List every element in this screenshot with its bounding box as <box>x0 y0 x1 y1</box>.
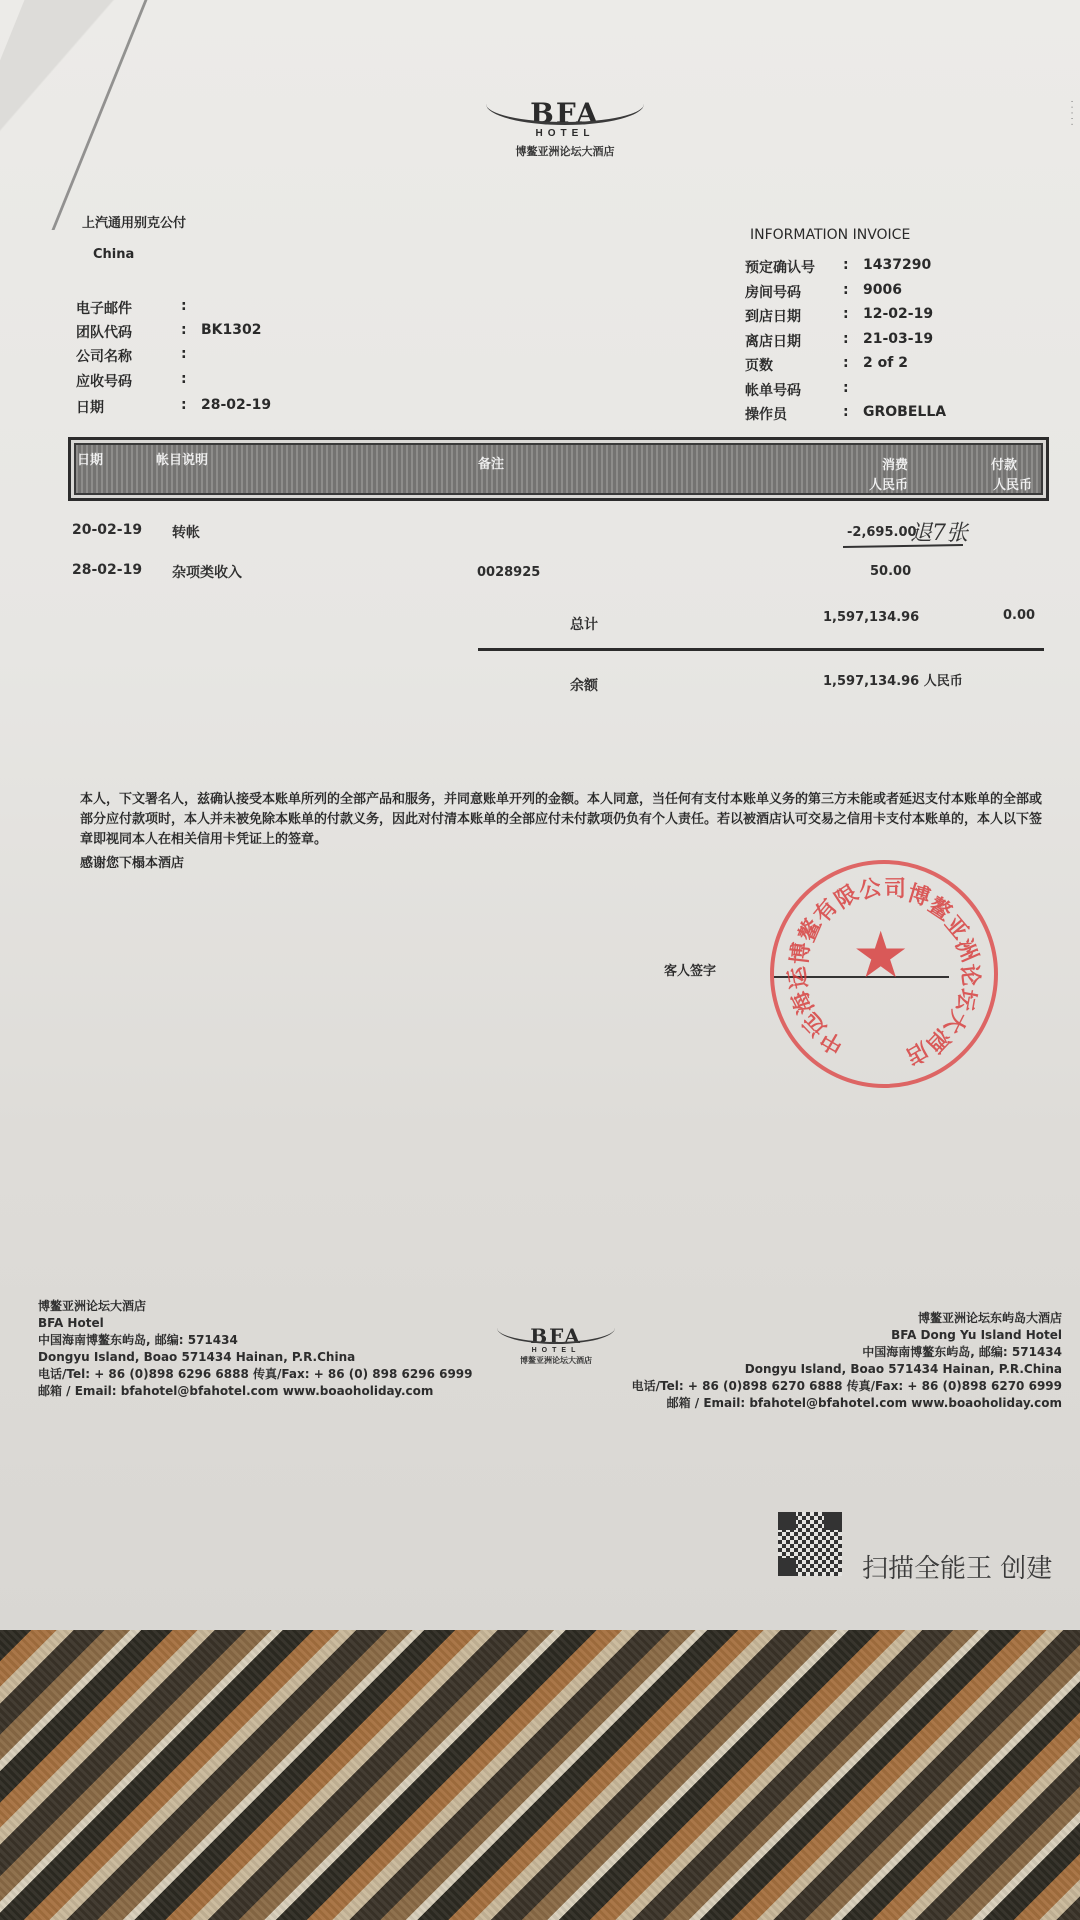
field-departure-date: 离店日期:21-03-19 <box>745 331 933 351</box>
invoice-paper: BFA HOTEL 博鳌亚洲论坛大酒店 上汽通用别克公付 China 电子邮件:… <box>0 0 1080 1634</box>
field-operator: 操作员:GROBELLA <box>745 404 946 424</box>
total-payment: 0.00 <box>1003 608 1035 623</box>
handwritten-note: 退7张 <box>910 516 968 547</box>
field-receivable-no: 应收号码: <box>76 371 201 391</box>
qr-code-icon <box>778 1512 842 1576</box>
logo-chinese-name: 博鳌亚洲论坛大酒店 <box>486 143 644 159</box>
table-header: 日期 帐目说明 备注 消费 人民币 付款 人民币 <box>68 437 1049 501</box>
total-label: 总计 <box>570 614 598 634</box>
hotel-logo: BFA HOTEL 博鳌亚洲论坛大酒店 <box>486 100 644 159</box>
field-email: 电子邮件: <box>76 298 201 318</box>
balance-label: 余额 <box>570 675 598 695</box>
balance-value: 1,597,134.96 人民币 <box>823 670 963 689</box>
footer-right-address: 博鳌亚洲论坛东屿岛大酒店 BFA Dong Yu Island Hotel 中国… <box>632 1310 1062 1412</box>
field-group-code: 团队代码:BK1302 <box>76 322 261 342</box>
carpet-background <box>0 1630 1080 1920</box>
paper-fold-shadow <box>0 0 151 230</box>
signature-label: 客人签字 <box>664 960 716 979</box>
thanks-text: 感谢您下榻本酒店 <box>80 852 184 871</box>
field-arrival-date: 到店日期:12-02-19 <box>745 306 933 326</box>
header-payment-currency: 人民币 <box>993 474 1032 493</box>
guest-company: 上汽通用别克公付 <box>82 212 186 231</box>
header-remarks: 备注 <box>478 453 504 472</box>
header-payment: 付款 <box>991 454 1017 473</box>
field-company-name: 公司名称: <box>76 346 201 366</box>
header-date: 日期 <box>77 449 103 468</box>
field-room-no: 房间号码:9006 <box>745 282 902 302</box>
seal-ring-text: 中远海运博鳌有限公司博鳌亚洲论坛大酒店 <box>782 872 986 1076</box>
margin-marks: · · · · · <box>1066 100 1076 126</box>
totals-divider <box>478 648 1044 651</box>
field-date: 日期:28-02-19 <box>76 397 271 417</box>
footer-left-address: 博鳌亚洲论坛大酒店 BFA Hotel 中国海南博鳌东屿岛, 邮编: 57143… <box>38 1298 473 1400</box>
header-description: 帐目说明 <box>156 449 208 468</box>
header-charges-currency: 人民币 <box>869 474 908 493</box>
invoice-title: INFORMATION INVOICE <box>750 227 910 243</box>
terms-paragraph: 本人，下文署名人，兹确认接受本账单所列的全部产品和服务，并同意账单开列的金额。本… <box>80 790 1050 850</box>
header-charges: 消费 <box>882 454 908 473</box>
field-page: 页数:2 of 2 <box>745 355 908 375</box>
footer-hotel-logo: BFA HOTEL 博鳌亚洲论坛大酒店 <box>497 1326 615 1366</box>
field-bill-no: 帐单号码: <box>745 380 863 400</box>
logo-subtitle: HOTEL <box>486 128 644 140</box>
company-seal: ★ 中远海运博鳌有限公司博鳌亚洲论坛大酒店 <box>770 860 998 1088</box>
scanner-watermark: 扫描全能王 创建 <box>862 1548 1052 1585</box>
total-charges: 1,597,134.96 <box>823 610 919 625</box>
guest-country: China <box>93 247 134 262</box>
field-confirmation-no: 预定确认号:1437290 <box>745 257 931 277</box>
